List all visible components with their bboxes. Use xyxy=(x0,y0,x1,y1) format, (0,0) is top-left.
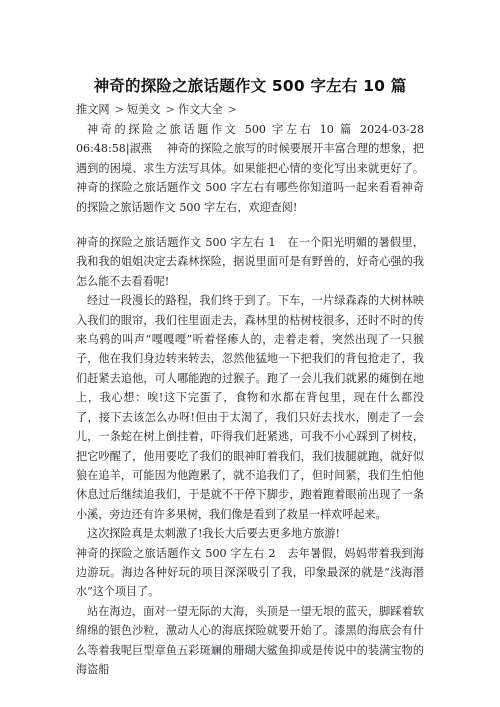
essay-1-conclusion: 这次探险真是太刺激了!我长大后要去更多地方旅游! xyxy=(76,524,424,543)
paragraph-gap xyxy=(76,217,424,233)
breadcrumb-separator: > xyxy=(228,103,237,116)
breadcrumb-item-short-articles[interactable]: 短美文 xyxy=(127,103,161,116)
document-body: 神奇的探险之旅话题作文 500 字左右 10 篇 2024-03-28 06:4… xyxy=(76,120,424,679)
document-page: 神奇的探险之旅话题作文 500 字左右 10 篇 推文网>短美文>作文大全> 神… xyxy=(0,0,500,707)
essay-1-body: 经过一段漫长的路程，我们终于到了。下车，一片绿森森的大树林映入我们的眼帘，我们往… xyxy=(76,291,424,524)
page-number-footer: 第 1 页共 8 页 xyxy=(0,645,500,656)
document-title: 神奇的探险之旅话题作文 500 字左右 10 篇 xyxy=(0,74,500,96)
intro-paragraph: 神奇的探险之旅话题作文 500 字左右 10 篇 2024-03-28 06:4… xyxy=(76,120,424,217)
breadcrumb-separator: > xyxy=(115,103,124,116)
breadcrumb: 推文网>短美文>作文大全> xyxy=(76,101,240,117)
breadcrumb-separator: > xyxy=(166,103,175,116)
breadcrumb-item-home[interactable]: 推文网 xyxy=(76,103,110,116)
essay-2-body: 站在海边，面对一望无际的大海，头顶是一望无垠的蓝天，脚踩着软绵绵的银色沙粒，激动… xyxy=(76,602,424,680)
essay-1-opening: 神奇的探险之旅话题作文 500 字左右 1 在一个阳光明媚的暑假里，我和我的姐姐… xyxy=(76,233,424,291)
breadcrumb-item-essays[interactable]: 作文大全 xyxy=(178,103,223,116)
essay-2-opening: 神奇的探险之旅话题作文 500 字左右 2 去年暑假，妈妈带着我到海边游玩。海边… xyxy=(76,544,424,602)
